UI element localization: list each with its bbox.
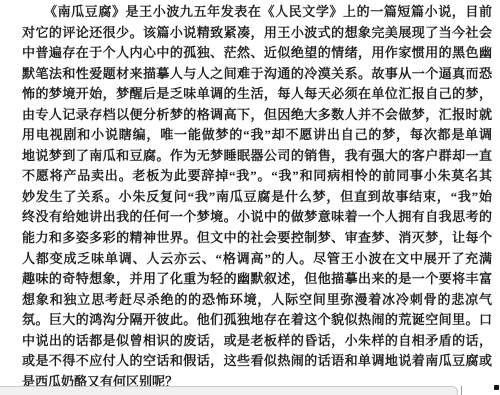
text-line: 或是不得不应付人的空话和假话，这些看似热闹的话语和单调地说着南瓜豆腐或 (22, 351, 492, 372)
text-line: 中普遍存在于个人内心中的孤独、茫然、近似绝望的情绪，用作家惯用的黑色幽 (22, 43, 492, 64)
text-line: 对它的评论还很少。该篇小说精致紧凑，用王小波式的想象完美展现了当今社会 (22, 23, 492, 44)
text-line: 妙发生了关系。小朱反复问“我”南瓜豆腐是什么梦，但直到故事结束，“我”始 (22, 187, 492, 208)
text-line: 氛。巨大的鸿沟分隔开彼此。他们孤独地存在着这个貌似热闹的荒诞空间里。口 (22, 310, 492, 331)
scrollbar-tick (461, 386, 462, 395)
text-line: 中说出的话都是似曾相识的废话，或是老板样的昏话，小朱样的自相矛盾的话， (22, 331, 492, 352)
text-line: 怖的梦境开始，梦醒后是乏味单调的生活，每人每天必须在单位汇报自己的梦， (22, 84, 492, 105)
text-line: 人都变成乏味单调、人云亦云、“格调高”的人。尽管王小波在文中展开了充满 (22, 249, 492, 270)
text-line: 《南瓜豆腐》是王小波九五年发表在《人民文学》上的一篇短篇小说，目前 (22, 2, 492, 23)
text-line: 能力和多姿多彩的精神世界。但文中的社会要控制梦、审查梦、消灭梦，让每个 (22, 228, 492, 249)
text-line: 终没有给她讲出我的任何一个梦境。小说中的做梦意味着一个人拥有自我思考的 (22, 207, 492, 228)
horizontal-scrollbar-thumb[interactable] (0, 386, 458, 395)
text-line: 趣味的奇特想象，并用了化重为轻的幽默叙述，但他描摹出来的是一个要将丰富 (22, 269, 492, 290)
paragraph-text: 《南瓜豆腐》是王小波九五年发表在《人民文学》上的一篇短篇小说，目前对它的评论还很… (22, 2, 492, 392)
text-line: 地说梦到了南瓜和豆腐。作为无梦睡眠器公司的销售，我有强大的客户群却一直 (22, 146, 492, 167)
text-line: 由专人记录存档以便分析梦的格调高下，但因绝大多数人并不会做梦，汇报时就 (22, 105, 492, 126)
text-line: 想象和独立思考赶尽杀绝的的恐怖环境，人际空间里弥漫着冰冷刺骨的悲凉气 (22, 290, 492, 311)
text-line: 用电视剧和小说瞎编，唯一能做梦的“我”却不愿讲出自己的梦，每次都是单调 (22, 125, 492, 146)
text-line: 不愿将产品卖出。老板为此要辞掉“我”。“我”和同病相怜的前同事小朱莫名其 (22, 166, 492, 187)
text-line: 默笔法和性爱题材来描摹人与人之间难于沟通的冷漠关系。故事从一个逼真而恐 (22, 64, 492, 85)
document-page: 《南瓜豆腐》是王小波九五年发表在《人民文学》上的一篇短篇小说，目前对它的评论还很… (0, 0, 500, 395)
stray-dot-mark (494, 385, 499, 390)
